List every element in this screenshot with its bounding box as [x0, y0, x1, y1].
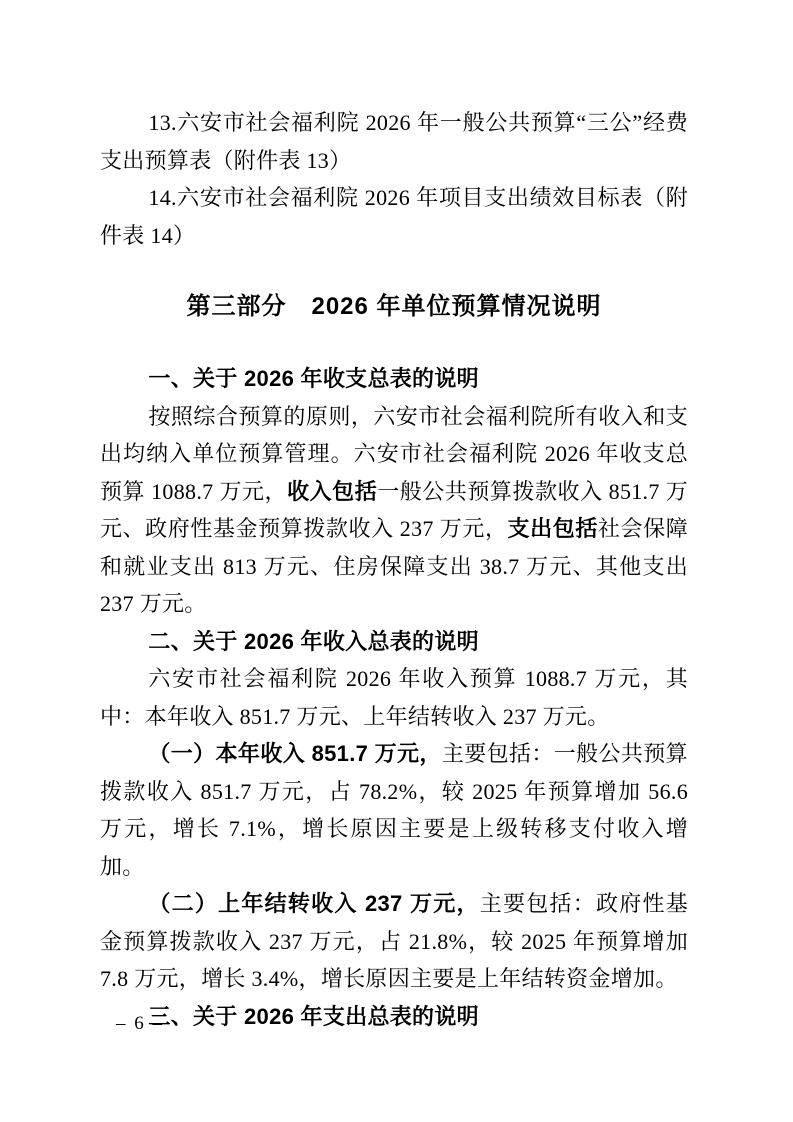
attachment-item-13: 13.六安市社会福利院 2026 年一般公共预算“三公”经费支出预算表（附件表 … [100, 104, 688, 179]
section-2-heading: 二、关于 2026 年收入总表的说明 [100, 623, 688, 661]
section-1-paragraph: 按照综合预算的原则，六安市社会福利院所有收入和支出均纳入单位预算管理。六安市社会… [100, 398, 688, 623]
section-2-item-2: （二）上年结转收入 237 万元，主要包括：政府性基金预算拨款收入 237 万元… [100, 885, 688, 998]
document-page: 13.六安市社会福利院 2026 年一般公共预算“三公”经费支出预算表（附件表 … [0, 0, 793, 1122]
section-1-heading: 一、关于 2026 年收支总表的说明 [100, 360, 688, 398]
bold-expense-includes: 支出包括 [508, 516, 598, 541]
section-3-heading: 三、关于 2026 年支出总表的说明 [100, 998, 688, 1036]
bold-carryover-income: （二）上年结转收入 237 万元， [148, 891, 479, 916]
part-three-heading: 第三部分 2026 年单位预算情况说明 [100, 284, 688, 329]
bold-income-includes: 收入包括 [287, 479, 377, 504]
attachment-item-14: 14.六安市社会福利院 2026 年项目支出绩效目标表（附件表 14） [100, 179, 688, 254]
page-number: – 6 – [116, 1012, 164, 1036]
section-2-item-1: （一）本年收入 851.7 万元，主要包括：一般公共预算拨款收入 851.7 万… [100, 735, 688, 885]
section-2-paragraph: 六安市社会福利院 2026 年收入预算 1088.7 万元，其中：本年收入 85… [100, 660, 688, 735]
bold-current-year-income: （一）本年收入 851.7 万元， [148, 741, 441, 766]
document-content: 13.六安市社会福利院 2026 年一般公共预算“三公”经费支出预算表（附件表 … [100, 104, 688, 1035]
